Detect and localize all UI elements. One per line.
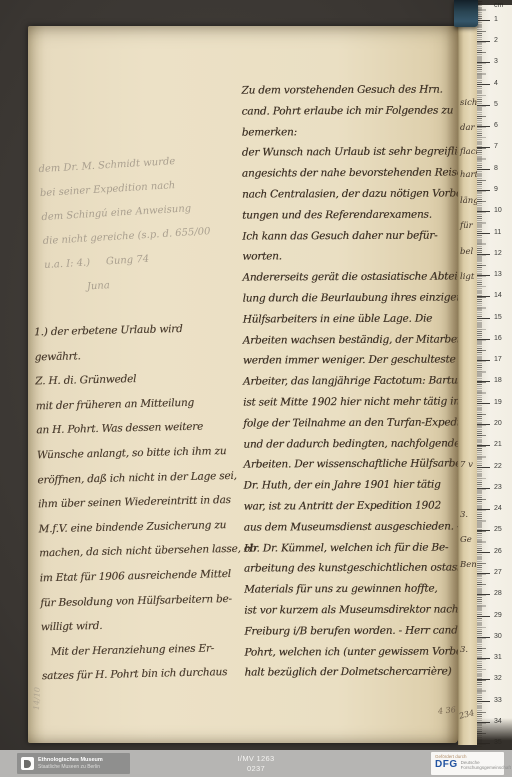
ruler-tick [477, 701, 490, 702]
ruler-number: 18 [494, 377, 502, 384]
viewer-footer-bar: Ethnologisches Museum Staatliche Museen … [0, 750, 512, 777]
handwritten-line: Hülfsarbeiters in eine üble Lage. Die [243, 308, 458, 330]
dfg-credit: Gefördert durch DFG Deutsche Forschungsg… [431, 752, 504, 775]
handwritten-line: der Wunsch nach Urlaub ist sehr begreifl… [242, 142, 458, 164]
edge-text-fragment: ligt [460, 272, 474, 282]
dfg-org-name: Deutsche Forschungsgemeinschaft [461, 760, 511, 770]
ruler-tick [477, 530, 490, 531]
handwritten-line: Andererseits gerät die ostasiatische Abt… [242, 267, 458, 289]
handwritten-line: bemerken: [242, 121, 458, 143]
ruler-number: 23 [494, 484, 502, 491]
edge-text-fragment: für [460, 221, 473, 231]
ruler-shadow-top [477, 0, 512, 5]
ruler-tick [477, 105, 490, 106]
handwritten-line: lung durch die Beurlaubung ihres einzige… [243, 287, 458, 309]
handwritten-line: Dr. Huth, der ein Jahre 1901 hier tätig [243, 475, 458, 497]
ruler-tick [477, 616, 490, 617]
handwritten-line: war, ist zu Antritt der Expedition 1902 [244, 495, 458, 517]
handwritten-line: arbeitung des kunstgeschichtlichen ostas… [244, 558, 458, 580]
ruler-number: 1 [494, 16, 498, 23]
handwritten-line: werden immer weniger. Der geschulteste [243, 350, 458, 372]
ruler-number: 10 [494, 207, 502, 214]
ruler-number: 4 [494, 80, 498, 87]
handwritten-line: aus dem Museumsdienst ausgeschieden. - [244, 516, 458, 538]
bookmark-ribbon [454, 0, 478, 27]
edge-text-fragment: hart [460, 170, 477, 180]
ruler-tick [477, 211, 490, 212]
edge-text-fragment: Ben [460, 560, 477, 570]
ruler-number: 7 [494, 143, 498, 150]
ruler-tick [477, 679, 490, 680]
ruler-tick [477, 62, 490, 63]
ruler-shadow-bottom [477, 718, 512, 750]
ruler-number: 5 [494, 101, 498, 108]
ruler-number: 21 [494, 441, 502, 448]
ruler-number: 30 [494, 633, 502, 640]
ruler-tick [477, 254, 490, 255]
ruler-number: 28 [494, 590, 502, 597]
handwritten-line: für Besoldung von Hülfsarbeitern be- [40, 586, 247, 615]
ruler-number: 14 [494, 292, 502, 299]
ruler-number: 3 [494, 58, 498, 65]
ruler-tick [477, 658, 490, 659]
edge-text-fragment: 7 v [460, 460, 473, 470]
edge-text-fragment: läng [460, 196, 477, 206]
ruler-tick [477, 318, 490, 319]
handwritten-line: Pohrt, welchen ich (unter gewissem Vorbe… [244, 641, 458, 663]
ruler-number: 8 [494, 165, 498, 172]
ruler-tick [477, 275, 490, 276]
edge-text-fragment: bel [460, 247, 473, 257]
ruler-number: 22 [494, 463, 502, 470]
ruler-tick [477, 552, 490, 553]
edge-text-fragment: Ge [460, 535, 472, 545]
ruler-tick [477, 594, 490, 595]
ruler-tick [477, 445, 490, 446]
scan-backdrop: dem Dr. M. Schmidt wurdebei seiner Exped… [0, 0, 512, 777]
ruler-tick [477, 296, 490, 297]
ruler-tick [477, 381, 490, 382]
ruler-tick [477, 509, 490, 510]
ruler-tick [477, 573, 490, 574]
vertical-pencil-note: 14/10 [32, 687, 42, 710]
ruler-number: 16 [494, 335, 502, 342]
handwritten-line: worten. [242, 246, 458, 268]
handwritten-line: Freiburg i/B berufen worden. - Herr cand… [244, 620, 458, 642]
ruler-tick [477, 360, 490, 361]
ruler-tick [477, 20, 490, 21]
handwritten-line: angesichts der nahe bevorstehenden Reise [242, 163, 458, 185]
ruler-tick [477, 637, 490, 638]
ruler-number: 2 [494, 37, 498, 44]
ruler-tick [477, 424, 490, 425]
ruler-tick [477, 147, 490, 148]
handwritten-line: tungen und des Referendarexamens. [242, 204, 458, 226]
ruler-tick [477, 41, 490, 42]
ruler-number: 24 [494, 505, 502, 512]
ruler-number: 25 [494, 526, 502, 533]
dfg-org-line2: Forschungsgemeinschaft [461, 765, 511, 770]
ruler-tick [477, 190, 490, 191]
ruler-number: 15 [494, 314, 502, 321]
dfg-logo: DFG [435, 760, 458, 770]
ruler-number: 11 [494, 229, 501, 236]
edge-text-fragment: sich [460, 98, 477, 108]
ruler-tick [477, 84, 490, 85]
ruler-tick [477, 233, 490, 234]
handwritten-line: ist seit Mitte 1902 hier nicht mehr täti… [243, 391, 458, 413]
handwritten-line: cand. Pohrt erlaube ich mir Folgendes zu [242, 100, 458, 122]
ruler-tick [477, 339, 490, 340]
ruler-halfcm-ticks [477, 0, 486, 747]
handwritten-line: Arbeiten. Der wissenschaftliche Hülfsarb… [243, 454, 458, 476]
margin-pencil-note-block: dem Dr. M. Schmidt wurdebei seiner Exped… [38, 146, 251, 302]
edge-text-fragment: dar [460, 123, 475, 133]
ruler-number: 20 [494, 420, 502, 427]
document-page: dem Dr. M. Schmidt wurdebei seiner Exped… [28, 26, 458, 743]
handwritten-line: Materials für uns zu gewinnen hoffte, [244, 579, 458, 601]
ruler-number: 12 [494, 250, 502, 257]
ruler-number: 32 [494, 675, 502, 682]
handwritten-line: und der dadurch bedingten, nachfolgenden [243, 433, 458, 455]
ruler-tick [477, 403, 490, 404]
ruler-number: 17 [494, 356, 502, 363]
page-crease-shadow [446, 26, 458, 743]
handwritten-line: Arbeiter, das langjährige Factotum: Bart… [243, 371, 458, 393]
handwritten-line: Hr. Dr. Kümmel, welchen ich für die Be- [244, 537, 458, 559]
ruler-number: 29 [494, 612, 502, 619]
next-page-edge: sichdarflachhartlängfürbelligt7 v3.GeBen… [458, 0, 477, 745]
ruler-tick [477, 467, 490, 468]
edge-text-fragment: 3. [460, 645, 468, 655]
ruler-number: 13 [494, 271, 502, 278]
main-text-block: Zu dem vorstehenden Gesuch des Hrn.cand.… [241, 79, 458, 683]
ruler-number: 27 [494, 569, 502, 576]
handwritten-line: Ich kann das Gesuch daher nur befür- [242, 225, 458, 247]
ruler-number: 26 [494, 548, 502, 555]
margin-ink-note-block: 1.) der erbetene Urlaub wirdgewährt.Z. H… [34, 316, 248, 689]
handwritten-line: ist vor kurzem als Museumsdirektor nach [244, 599, 458, 621]
dfg-row: DFG Deutsche Forschungsgemeinschaft [435, 760, 500, 770]
ruler-tick [477, 126, 490, 127]
ruler-number: 31 [494, 654, 502, 661]
handwritten-line: Zu dem vorstehenden Gesuch des Hrn. [241, 79, 458, 101]
ruler-number: 6 [494, 122, 498, 129]
ruler: cm 1234567891011121314151617181920212223… [477, 0, 512, 750]
edge-text-fragment: 3. [460, 510, 468, 520]
handwritten-line: nach Centralasien, der dazu nötigen Vorb… [242, 183, 458, 205]
handwritten-line: folge der Teilnahme an den Turfan-Expedi… [243, 412, 458, 434]
handwritten-line: satzes für H. Pohrt bin ich durchaus [42, 660, 249, 689]
ruler-number: 33 [494, 697, 502, 704]
corner-pencil-mark: 4 36 [438, 705, 457, 716]
ruler-tick [477, 169, 490, 170]
ruler-number: 9 [494, 186, 498, 193]
edge-text-fragment: flach [460, 147, 477, 157]
handwritten-line: halt bezüglich der Dolmetschercarrière) [244, 662, 458, 684]
ruler-tick [477, 488, 490, 489]
ruler-number: 19 [494, 399, 502, 406]
handwritten-line: Arbeiten wachsen beständig, der Mitarbei… [243, 329, 458, 351]
